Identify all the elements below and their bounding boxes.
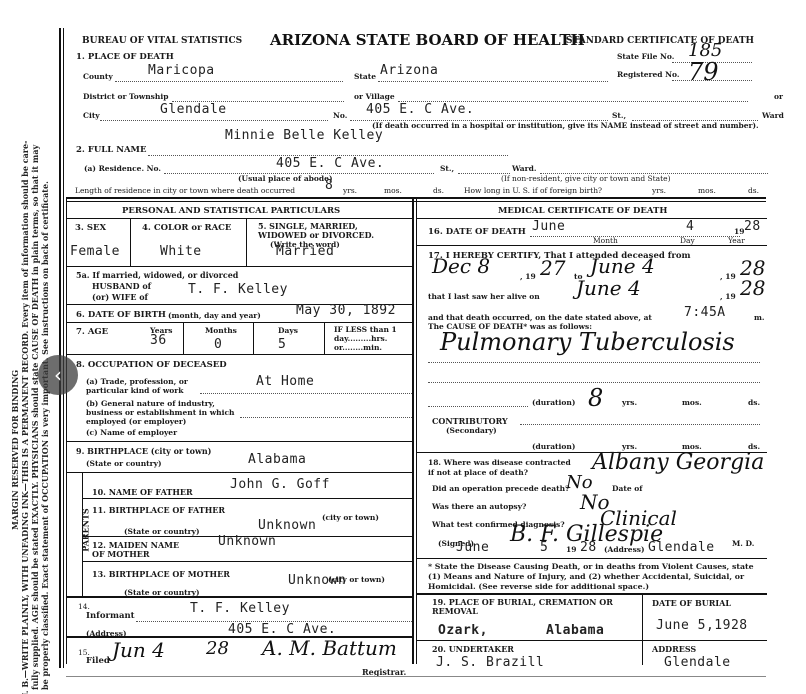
dob-sub: (month, day and year): [168, 311, 261, 320]
operation-label: Did an operation precede death?: [432, 484, 569, 493]
date-of-death-label: 16. DATE OF DEATH: [428, 227, 526, 237]
mother-city-town-label: (city or town): [328, 575, 385, 584]
occupation-a-line: [200, 393, 412, 394]
mother-name-label: 12. MAIDEN NAME OF MOTHER: [92, 541, 192, 559]
spouse-label-3: (or) WIFE of: [92, 292, 148, 302]
burial-address-label: ADDRESS: [652, 644, 696, 654]
filed-label: Filed: [86, 656, 110, 666]
spouse-label-1: 5a. If married, widowed, or divorced: [76, 270, 238, 280]
sex-label: 3. SEX: [75, 223, 106, 233]
father-state-country-label: (State or country): [124, 527, 200, 536]
birthplace-value: Alabama: [248, 452, 306, 467]
rule: [417, 558, 767, 559]
day-hrs-label: day.........hrs.: [334, 334, 387, 343]
burial-state-value: Alabama: [546, 623, 604, 638]
father-birthplace-value: Unknown: [258, 518, 316, 533]
sign-month: June: [456, 540, 489, 555]
certificate-type: STANDARD CERTIFICATE OF DEATH: [566, 36, 754, 46]
dod-line: [530, 236, 740, 237]
parents-side-label: PARENTS: [81, 508, 91, 551]
residence-st-label: St.,: [440, 164, 454, 173]
occupation-b-label: (b) General nature of industry, business…: [86, 399, 246, 426]
nineteen: , 19: [720, 292, 736, 301]
village-label: or Village: [354, 92, 395, 101]
sex-value: Female: [70, 244, 120, 259]
dob-label: 6. DATE OF BIRTH: [76, 310, 166, 320]
death-month-value: June: [532, 219, 565, 234]
city-label: City: [83, 111, 100, 120]
informant-value: T. F. Kelley: [190, 601, 290, 616]
undertaker-value: J. S. Brazill: [436, 655, 544, 670]
nineteen: , 19: [720, 272, 736, 281]
previous-page-button[interactable]: ‹: [38, 355, 78, 395]
rule: [253, 322, 254, 354]
year-caption: Year: [728, 236, 745, 245]
color-label: 4. COLOR or RACE: [142, 223, 231, 233]
less-than-label: IF LESS than 1: [334, 325, 397, 334]
residence-label: (a) Residence. No.: [84, 164, 161, 173]
full-name-label: 2. FULL NAME: [76, 145, 146, 155]
margin-line-2: N. B.—WRITE PLAINLY, WITH UNFADING INK—T…: [20, 60, 30, 694]
rule: [66, 322, 412, 323]
age-label: 7. AGE: [76, 327, 108, 337]
no-label: No.: [333, 111, 347, 120]
personal-heading: PERSONAL AND STATISTICAL PARTICULARS: [122, 206, 340, 216]
dod-19: 19: [734, 227, 744, 236]
city-line: [100, 120, 328, 121]
informant-label: Informant: [86, 611, 135, 621]
rule: [66, 354, 412, 355]
death-year-value: 28: [744, 219, 761, 234]
rule: [417, 593, 767, 595]
father-birthplace-label: 11. BIRTHPLACE OF FATHER: [92, 505, 225, 515]
occupation-b-line: [240, 417, 412, 418]
day-caption: Day: [680, 236, 695, 245]
county-value: Maricopa: [148, 63, 215, 78]
duration-years-value: 8: [588, 384, 603, 412]
attended-from-year: 27: [540, 256, 565, 280]
contracted-label: 18. Where was disease contracted if not …: [428, 458, 578, 478]
father-name-value: John G. Goff: [230, 477, 330, 492]
undertaker-label: 20. UNDERTAKER: [432, 644, 514, 654]
burial-place-label: 19. PLACE OF BURIAL, CREMATION OR REMOVA…: [432, 598, 632, 616]
ds-label: ds.: [433, 186, 444, 195]
residence-value: 405 E. C Ave.: [276, 156, 384, 171]
filed-date-value: Jun 4: [112, 638, 165, 662]
rule: [417, 218, 767, 219]
rule: [66, 676, 766, 677]
occupation-value: At Home: [256, 374, 314, 389]
state-value: Arizona: [380, 63, 438, 78]
informant-address-value: 405 E. C Ave.: [228, 622, 336, 637]
rule: [66, 596, 412, 598]
column-divider: [412, 199, 414, 664]
mos-label: mos.: [384, 186, 402, 195]
foreign-mos-label: mos.: [698, 186, 716, 195]
burial-date-label: DATE OF BURIAL: [652, 598, 731, 608]
district-label: District or Township: [83, 92, 168, 101]
contributory-label: CONTRIBUTORY: [432, 416, 508, 426]
margin-rule-inner: [63, 28, 64, 668]
birthplace-label: 9. BIRTHPLACE (city or town): [76, 446, 211, 456]
foreign-ds-label: ds.: [748, 186, 759, 195]
foreign-birth-label: How long in U. S. if of foreign birth?: [464, 186, 602, 195]
occupation-c-label: (c) Name of employer: [86, 428, 177, 437]
rule: [642, 595, 643, 665]
month-caption: Month: [593, 236, 618, 245]
hospital-note: (If death occurred in a hospital or inst…: [372, 121, 759, 130]
rule: [66, 218, 412, 219]
rule: [82, 498, 412, 499]
usual-abode-note: (Usual place of abode): [238, 174, 333, 183]
occupation-a-label: (a) Trade, profession, or particular kin…: [86, 377, 216, 395]
spouse-value: T. F. Kelley: [188, 282, 288, 297]
days-label: Days: [278, 326, 298, 335]
last-saw-value: June 4: [576, 276, 641, 300]
last-saw-label: that I last saw her alive on: [428, 292, 540, 301]
rule: [183, 322, 184, 354]
secondary-label: (Secondary): [446, 426, 497, 435]
m-label: m.: [754, 313, 765, 322]
or-label: or: [774, 92, 783, 101]
sign-day: 5: [540, 540, 548, 555]
rule: [66, 472, 412, 473]
registered-label: Registered No.: [617, 70, 679, 79]
attended-from-value: Dec 8: [432, 254, 490, 278]
rule: [66, 441, 412, 442]
rule: [417, 245, 767, 246]
county-line: [115, 81, 343, 82]
yrs-label: yrs.: [343, 186, 357, 195]
dob-value: May 30, 1892: [296, 303, 396, 318]
cause-line-2: [428, 382, 760, 383]
cause-of-death-value: Pulmonary Tuberculosis: [440, 328, 735, 356]
marital-value: Married: [276, 244, 334, 259]
city-value: Glendale: [160, 102, 227, 117]
cause-line: [428, 362, 760, 363]
mos-label: mos.: [682, 398, 702, 407]
registered-value: 79: [688, 58, 719, 86]
full-name-value: Minnie Belle Kelley: [225, 128, 383, 143]
last-saw-year: 28: [740, 276, 765, 300]
sign-19: 19: [566, 545, 576, 554]
death-day-value: 4: [686, 219, 694, 234]
yrs-label: yrs.: [622, 398, 637, 407]
rule: [82, 561, 412, 562]
page-title: ARIZONA STATE BOARD OF HEALTH: [270, 31, 585, 49]
attended-to-value: June 4: [590, 254, 655, 278]
state-file-label: State File No.: [617, 52, 674, 61]
sign-year: 28: [580, 540, 597, 555]
informant-num: 14.: [78, 602, 90, 611]
rule: [324, 322, 325, 354]
rule: [130, 218, 131, 266]
md-label: M. D.: [732, 539, 754, 548]
ward-label: Ward: [762, 111, 784, 120]
duration-label: (duration): [532, 398, 575, 407]
nonresident-note: (If non-resident, give city or town and …: [501, 174, 671, 183]
burial-date-value: June 5,1928: [656, 618, 748, 633]
date-of-label: Date of: [612, 484, 642, 493]
father-name-label: 10. NAME OF FATHER: [92, 487, 193, 497]
registrar-signature: A. M. Battum: [262, 636, 397, 660]
county-label: County: [83, 72, 113, 81]
age-days-value: 5: [278, 337, 286, 352]
burial-address-value: Glendale: [664, 655, 731, 670]
state-label: State: [354, 72, 376, 81]
nineteen: , 19: [520, 272, 536, 281]
death-time-value: 7:45A: [684, 305, 726, 320]
rule: [417, 640, 767, 641]
filed-year-value: 28: [206, 638, 229, 659]
left-frame: [66, 199, 67, 664]
length-residence-label: Length of residence in city or town wher…: [75, 186, 295, 195]
father-city-town-label: (city or town): [322, 513, 379, 522]
age-years-value: 36: [150, 333, 167, 348]
ds-label: ds.: [748, 398, 760, 407]
birthplace-sub: (State or country): [86, 459, 162, 468]
duration-line: [428, 406, 528, 407]
rule: [66, 266, 412, 267]
chevron-left-icon: ‹: [54, 363, 62, 387]
state-line: [378, 81, 608, 82]
margin-rule: [59, 28, 61, 668]
death-time-label: and that death occurred, on the date sta…: [428, 313, 652, 322]
foreign-yrs-label: yrs.: [652, 186, 666, 195]
address-no-value: 405 E. C Ave.: [366, 102, 474, 117]
physician-address-value: Glendale: [648, 540, 715, 555]
length-residence-years: 8: [325, 178, 333, 193]
autopsy-label: Was there an autopsy?: [432, 502, 526, 511]
mother-birthplace-label: 13. BIRTHPLACE OF MOTHER: [92, 569, 230, 579]
age-months-value: 0: [214, 337, 222, 352]
medical-heading: MEDICAL CERTIFICATE OF DEATH: [498, 206, 667, 216]
or-min-label: or........min.: [334, 343, 382, 352]
burial-city-value: Ozark,: [438, 623, 488, 638]
cause-instructions-note: * State the Disease Causing Death, or in…: [428, 562, 764, 592]
margin-line-1: MARGIN RESERVED FOR BINDING: [10, 60, 20, 694]
occupation-label: 8. OCCUPATION OF DECEASED: [76, 360, 227, 370]
marital-label: 5. SINGLE, MARRIED, WIDOWED or DIVORCED.: [258, 222, 408, 240]
contracted-value: Albany Georgia: [592, 450, 764, 475]
mother-name-value: Unknown: [218, 534, 276, 549]
months-label: Months: [205, 326, 237, 335]
rule: [246, 218, 247, 266]
residence-ward-label: Ward.: [512, 164, 536, 173]
bureau-label: BUREAU OF VITAL STATISTICS: [82, 36, 242, 46]
duration-label-2: (duration): [532, 442, 575, 451]
place-of-death-label: 1. PLACE OF DEATH: [76, 52, 174, 62]
race-value: White: [160, 244, 202, 259]
spouse-label-2: HUSBAND of: [92, 281, 151, 291]
physician-address-label: (Address): [604, 545, 645, 554]
contributory-line: [520, 424, 760, 425]
st-label: St.,: [612, 111, 626, 120]
